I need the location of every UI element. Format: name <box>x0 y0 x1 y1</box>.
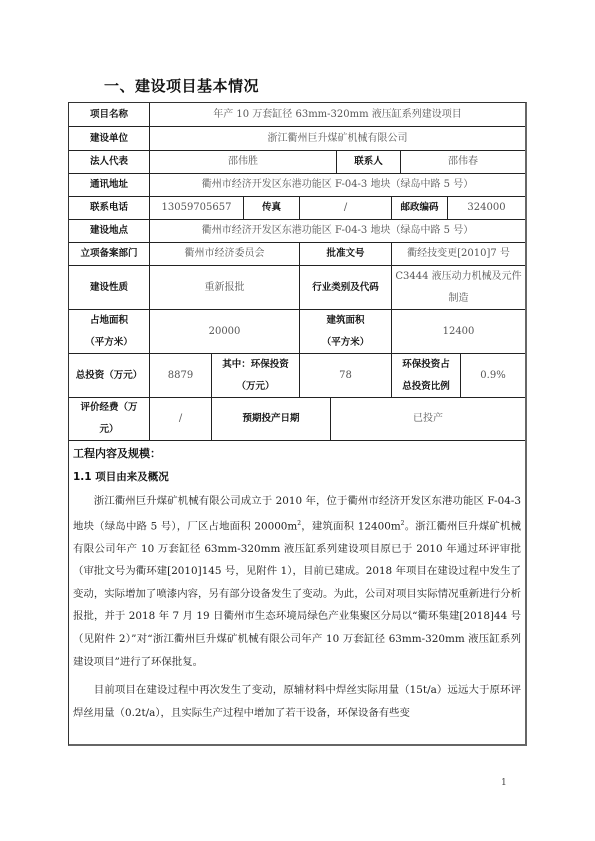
row-evaluation: 评价经费（万 元） / 预期投产日期 已投产 <box>69 398 525 441</box>
row-legal-rep: 法人代表 邵伟胜 联系人 邵伟春 <box>69 151 525 174</box>
para1-part-b: ，建筑面积 12400m <box>301 520 401 532</box>
row-investment: 总投资（万元） 8879 其中：环保投资 （万元） 78 环保投资占 总投资比例… <box>69 354 525 398</box>
content-heading: 工程内容及规模： <box>73 445 521 461</box>
builder-label: 建设单位 <box>69 127 149 150</box>
evaluation-fee-label: 评价经费（万 元） <box>69 398 149 440</box>
legal-rep-label: 法人代表 <box>69 151 149 173</box>
env-investment-value: 78 <box>299 354 391 397</box>
building-area-label: 建筑面积 （平方米） <box>299 310 391 353</box>
building-area-label-line1: 建筑面积 <box>326 310 364 332</box>
legal-rep-value: 邵伟胜 <box>149 151 336 173</box>
industry-label: 行业类别及代码 <box>299 266 391 309</box>
land-area-value: 20000 <box>149 310 299 353</box>
total-investment-label: 总投资（万元） <box>69 354 149 397</box>
paragraph-background: 浙江衢州巨升煤矿机械有限公司成立于 2010 年，位于衢州市经济开发区东港功能区… <box>73 490 521 673</box>
approval-label: 批准文号 <box>299 243 391 265</box>
row-filing: 立项备案部门 衢州市经济委员会 批准文号 衢经技变更[2010]7 号 <box>69 243 525 266</box>
fax-value: / <box>299 197 391 219</box>
nature-label: 建设性质 <box>69 266 149 309</box>
building-area-value: 12400 <box>391 310 525 353</box>
env-investment-label: 其中：环保投资 （万元） <box>211 354 299 397</box>
paragraph-changes: 目前项目在建设过程中再次发生了变动，原辅材料中焊丝实际用量（15t/a）远远大于… <box>73 679 521 724</box>
env-ratio-label: 环保投资占 总投资比例 <box>391 354 460 397</box>
phone-label: 联系电话 <box>69 197 149 219</box>
filing-value: 衢州市经济委员会 <box>149 243 299 265</box>
evaluation-fee-label-line2: 元） <box>99 419 118 441</box>
land-area-label-line1: 占地面积 <box>90 310 128 332</box>
contact-value: 邵伟春 <box>400 151 525 173</box>
site-label: 建设地点 <box>69 220 149 242</box>
address-value: 衢州市经济开发区东港功能区 F-04-3 地块（绿岛中路 5 号） <box>149 174 525 196</box>
row-project-name: 项目名称 年产 10 万套缸径 63mm-320mm 液压缸系列建设项目 <box>69 103 525 127</box>
row-site: 建设地点 衢州市经济开发区东港功能区 F-04-3 地块（绿岛中路 5 号） <box>69 220 525 243</box>
phone-value: 13059705657 <box>149 197 243 219</box>
evaluation-fee-value: / <box>149 398 211 440</box>
production-date-label: 预期投产日期 <box>211 398 330 440</box>
row-area: 占地面积 （平方米） 20000 建筑面积 （平方米） 12400 <box>69 310 525 354</box>
building-area-label-line2: （平方米） <box>322 332 370 354</box>
approval-value: 衢经技变更[2010]7 号 <box>391 243 525 265</box>
site-value: 衢州市经济开发区东港功能区 F-04-3 地块（绿岛中路 5 号） <box>149 220 525 242</box>
evaluation-fee-label-line1: 评价经费（万 <box>80 397 137 419</box>
env-ratio-label-line2: 总投资比例 <box>402 376 450 398</box>
page-number: 1 <box>501 778 507 788</box>
row-phone: 联系电话 13059705657 传真 / 邮政编码 324000 <box>69 197 525 220</box>
env-ratio-label-line1: 环保投资占 <box>402 354 450 376</box>
para1-part-c: 。浙江衢州巨升煤矿机械有限公司年产 10 万套缸径 63mm-320mm 液压缸… <box>73 520 521 668</box>
row-nature: 建设性质 重新报批 行业类别及代码 C3444 液压动力机械及元件 制造 <box>69 266 525 310</box>
land-area-label-line2: （平方米） <box>85 332 133 354</box>
industry-value-line2: 制造 <box>449 288 469 310</box>
env-ratio-value: 0.9% <box>460 354 525 397</box>
filing-label: 立项备案部门 <box>69 243 149 265</box>
postcode-value: 324000 <box>447 197 525 219</box>
contact-label: 联系人 <box>336 151 400 173</box>
production-date-value: 已投产 <box>330 398 525 440</box>
env-investment-label-line2: （万元） <box>236 376 274 398</box>
postcode-label: 邮政编码 <box>391 197 447 219</box>
fax-label: 传真 <box>243 197 299 219</box>
env-investment-label-line1: 其中：环保投资 <box>222 354 289 376</box>
nature-value: 重新报批 <box>149 266 299 309</box>
builder-value: 浙江衢州巨升煤矿机械有限公司 <box>149 127 525 150</box>
content-subheading: 1.1 项目由来及概况 <box>73 469 521 484</box>
total-investment-value: 8879 <box>149 354 211 397</box>
project-info-table: 项目名称 年产 10 万套缸径 63mm-320mm 液压缸系列建设项目 建设单… <box>68 102 527 746</box>
row-address: 通讯地址 衢州市经济开发区东港功能区 F-04-3 地块（绿岛中路 5 号） <box>69 174 525 197</box>
project-name-value: 年产 10 万套缸径 63mm-320mm 液压缸系列建设项目 <box>149 103 525 126</box>
land-area-label: 占地面积 （平方米） <box>69 310 149 353</box>
industry-value: C3444 液压动力机械及元件 制造 <box>391 266 525 309</box>
address-label: 通讯地址 <box>69 174 149 196</box>
row-builder: 建设单位 浙江衢州巨升煤矿机械有限公司 <box>69 127 525 151</box>
industry-value-line1: C3444 液压动力机械及元件 <box>395 266 521 288</box>
section-title: 一、建设项目基本情况 <box>104 75 259 96</box>
project-name-label: 项目名称 <box>69 103 149 126</box>
project-content: 工程内容及规模： 1.1 项目由来及概况 浙江衢州巨升煤矿机械有限公司成立于 2… <box>69 441 525 744</box>
